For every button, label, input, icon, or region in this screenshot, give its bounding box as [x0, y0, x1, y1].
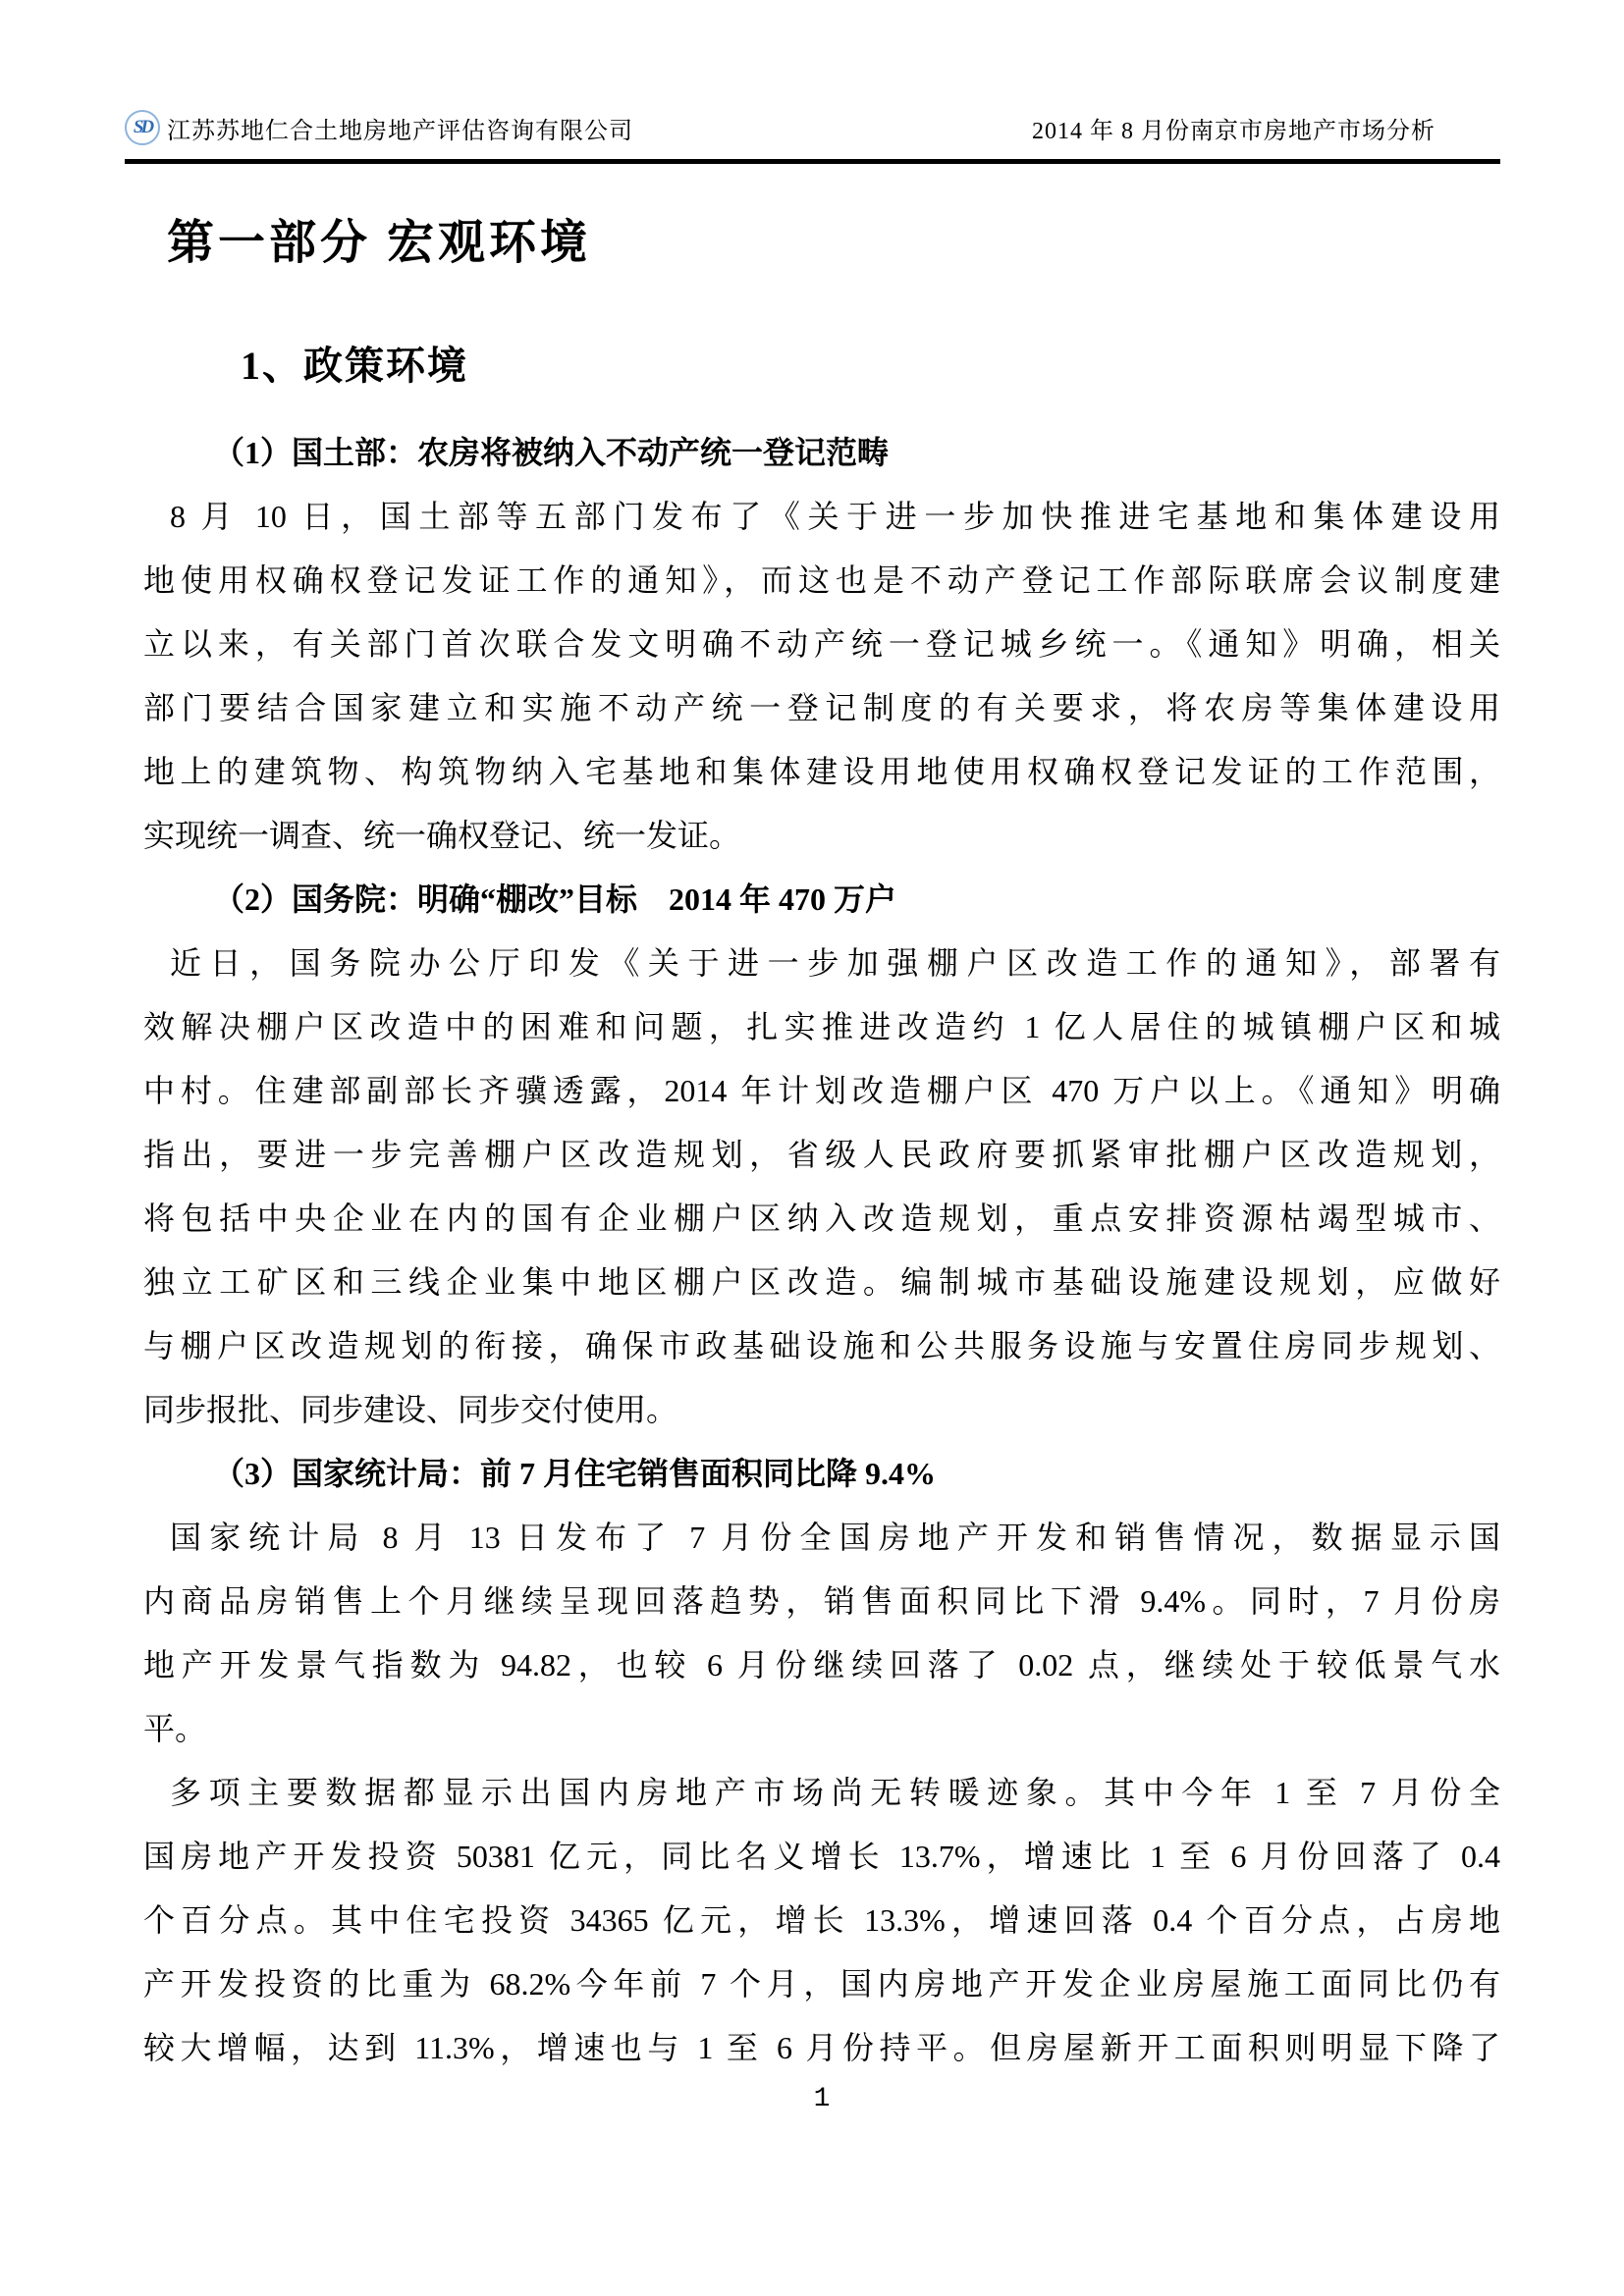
section-title: 1、政策环境: [241, 339, 1500, 394]
document-title: 2014 年 8 月份南京市房地产市场分析: [1032, 111, 1435, 145]
paragraph-4: 多项主要数据都显示出国内房地产市场尚无转暖迹象。其中今年 1 至 7 月份全 国…: [143, 1761, 1500, 2080]
paragraph-line: 国房地产开发投资 50381 亿元，同比名义增长 13.7%，增速比 1 至 6…: [143, 1825, 1500, 1889]
page-footer: 1: [143, 2082, 1500, 2117]
paragraph-line: 地使用权确权登记发证工作的通知》，而这也是不动产登记工作部际联席会议制度建: [143, 549, 1500, 613]
header-divider-rule: [125, 159, 1500, 164]
paragraph-1: 8 月 10 日，国土部等五部门发布了《关于进一步加快推进宅基地和集体建设用 地…: [143, 485, 1500, 868]
paragraph-line: 实现统一调查、统一确权登记、统一发证。: [143, 804, 1500, 868]
paragraph-line: 部门要结合国家建立和实施不动产统一登记制度的有关要求，将农房等集体建设用: [143, 676, 1500, 740]
paragraph-line: 地产开发景气指数为 94.82，也较 6 月份继续回落了 0.02 点，继续处于…: [143, 1633, 1500, 1697]
page-number: 1: [143, 2082, 1500, 2117]
paragraph-line: 多项主要数据都显示出国内房地产市场尚无转暖迹象。其中今年 1 至 7 月份全: [143, 1761, 1500, 1825]
paragraph-line: 国家统计局 8 月 13 日发布了 7 月份全国房地产开发和销售情况，数据显示国: [143, 1506, 1500, 1570]
paragraph-line: 中村。住建部副部长齐骥透露，2014 年计划改造棚户区 470 万户以上。《通知…: [143, 1059, 1500, 1123]
paragraph-line: 平。: [143, 1697, 1500, 1761]
paragraph-line: 近日，国务院办公厅印发《关于进一步加强棚户区改造工作的通知》，部署有: [143, 932, 1500, 995]
company-logo-icon: SD: [125, 110, 160, 145]
header-row: SD 江苏苏地仁合土地房地产评估咨询有限公司 2014 年 8 月份南京市房地产…: [125, 110, 1500, 145]
paragraph-3: 国家统计局 8 月 13 日发布了 7 月份全国房地产开发和销售情况，数据显示国…: [143, 1506, 1500, 1761]
paragraph-line: 指出，要进一步完善棚户区改造规划，省级人民政府要抓紧审批棚户区改造规划，: [143, 1123, 1500, 1187]
paragraph-line: 立以来，有关部门首次联合发文明确不动产统一登记城乡统一。《通知》明确，相关: [143, 613, 1500, 676]
paragraph-line: 同步报批、同步建设、同步交付使用。: [143, 1378, 1500, 1442]
subsection-3-heading: （3）国家统计局：前 7 月住宅销售面积同比降 9.4%: [143, 1442, 1500, 1506]
subsection-1-heading: （1）国土部：农房将被纳入不动产统一登记范畴: [143, 421, 1500, 485]
paragraph-line: 内商品房销售上个月继续呈现回落趋势，销售面积同比下滑 9.4%。同时，7 月份房: [143, 1570, 1500, 1633]
paragraph-line: 个百分点。其中住宅投资 34365 亿元，增长 13.3%，增速回落 0.4 个…: [143, 1889, 1500, 1952]
paragraph-line: 8 月 10 日，国土部等五部门发布了《关于进一步加快推进宅基地和集体建设用: [143, 485, 1500, 549]
subsection-2-heading: （2）国务院：明确“棚改”目标 2014 年 470 万户: [143, 868, 1500, 932]
company-brand: SD 江苏苏地仁合土地房地产评估咨询有限公司: [125, 110, 633, 145]
paragraph-line: 独立工矿区和三线企业集中地区棚户区改造。编制城市基础设施建设规划，应做好: [143, 1251, 1500, 1314]
paragraph-line: 较大增幅，达到 11.3%，增速也与 1 至 6 月份持平。但房屋新开工面积则明…: [143, 2016, 1500, 2080]
part-title: 第一部分 宏观环境: [167, 209, 1500, 278]
page-content: 第一部分 宏观环境 1、政策环境 （1）国土部：农房将被纳入不动产统一登记范畴 …: [0, 209, 1624, 2117]
paragraph-line: 效解决棚户区改造中的困难和问题，扎实推进改造约 1 亿人居住的城镇棚户区和城: [143, 995, 1500, 1059]
company-name: 江苏苏地仁合土地房地产评估咨询有限公司: [167, 111, 633, 145]
paragraph-line: 地上的建筑物、构筑物纳入宅基地和集体建设用地使用权确权登记发证的工作范围，: [143, 740, 1500, 804]
document-page: SD 江苏苏地仁合土地房地产评估咨询有限公司 2014 年 8 月份南京市房地产…: [0, 0, 1624, 2296]
page-header: SD 江苏苏地仁合土地房地产评估咨询有限公司 2014 年 8 月份南京市房地产…: [0, 0, 1624, 164]
paragraph-line: 与棚户区改造规划的衔接，确保市政基础设施和公共服务设施与安置住房同步规划、: [143, 1314, 1500, 1378]
paragraph-line: 将包括中央企业在内的国有企业棚户区纳入改造规划，重点安排资源枯竭型城市、: [143, 1187, 1500, 1251]
paragraph-2: 近日，国务院办公厅印发《关于进一步加强棚户区改造工作的通知》，部署有 效解决棚户…: [143, 932, 1500, 1442]
paragraph-line: 产开发投资的比重为 68.2%今年前 7 个月，国内房地产开发企业房屋施工面同比…: [143, 1952, 1500, 2016]
